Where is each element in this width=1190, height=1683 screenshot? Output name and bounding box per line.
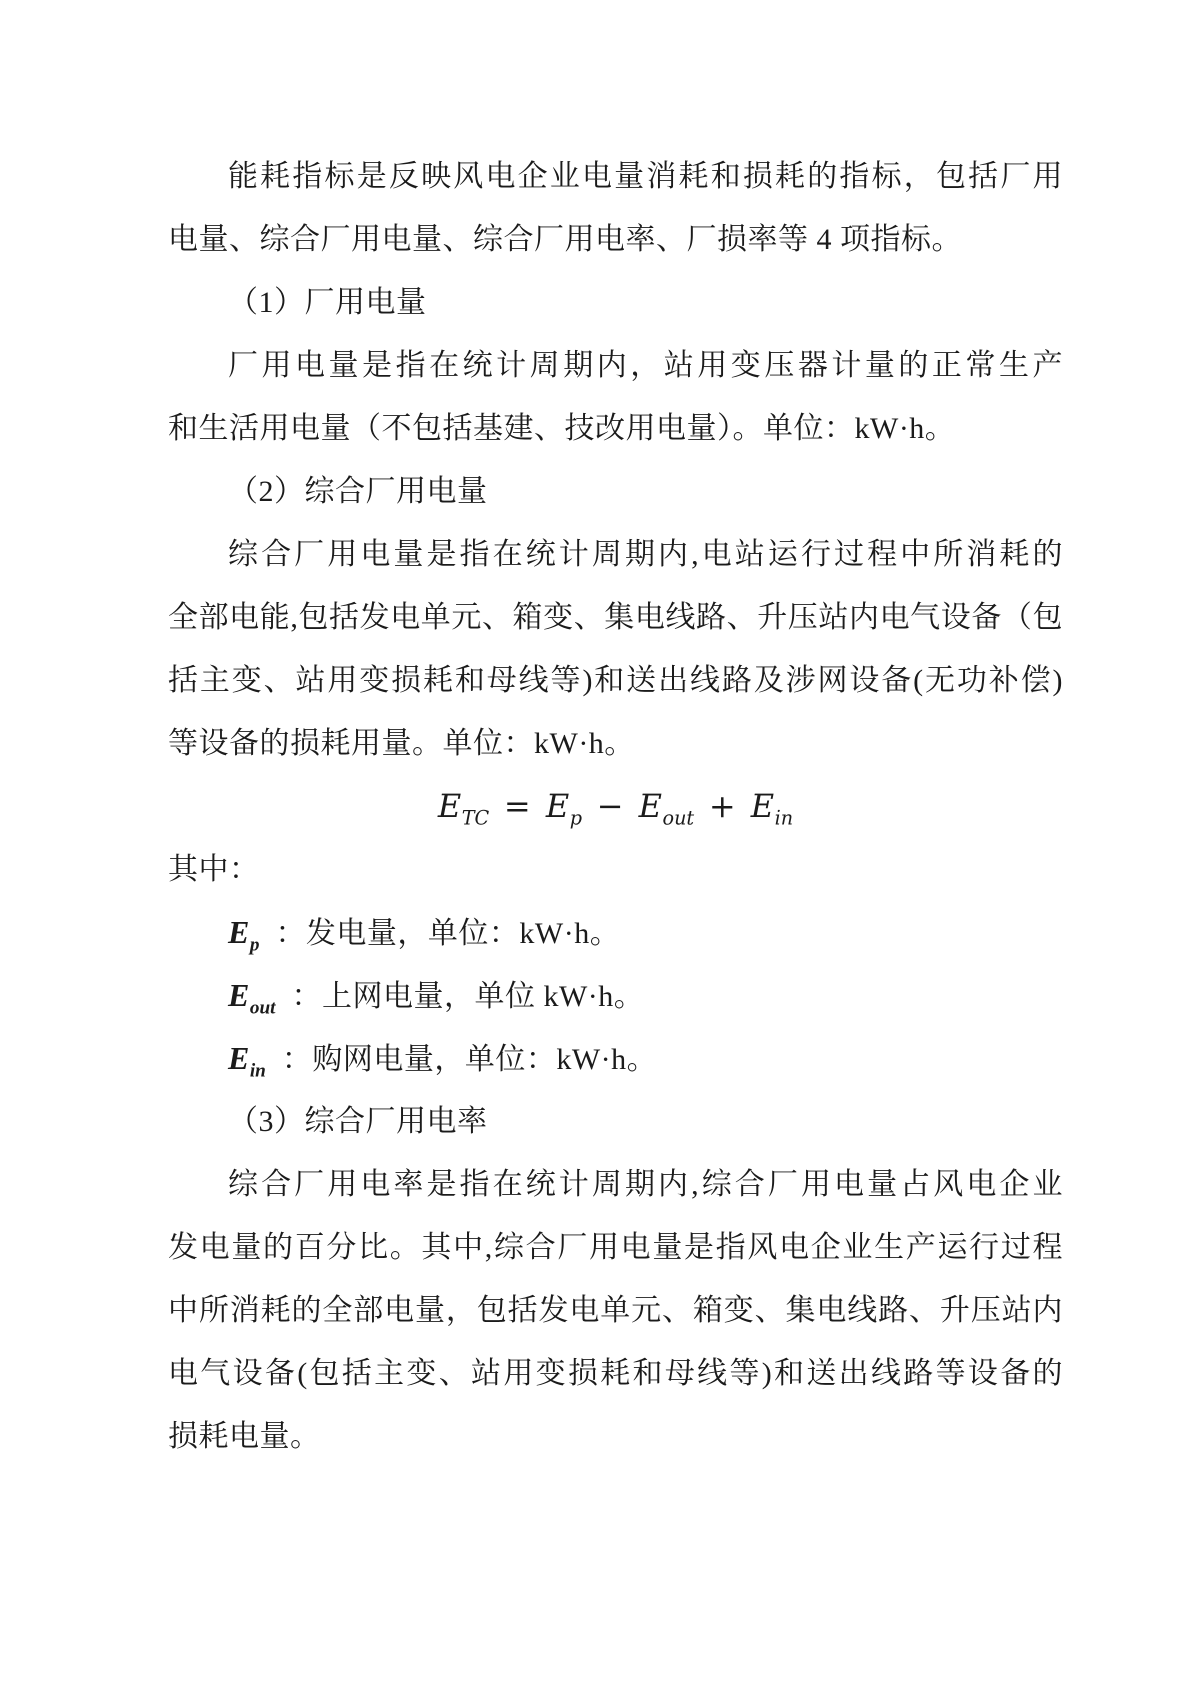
para2-line-3: 括主变、站用变损耗和母线等)和送出线路及涉网设备(无功补偿) bbox=[168, 649, 1063, 712]
formula-intro: 其中： bbox=[168, 838, 1063, 901]
document-content: 能耗指标是反映风电企业电量消耗和损耗的指标，包括厂用电量、综合厂用电量、综合厂用… bbox=[168, 145, 1063, 1468]
symbol-in: Ein bbox=[228, 1040, 266, 1076]
math-variable-in: Ein bbox=[751, 787, 793, 825]
symbol-p: Ep bbox=[228, 914, 259, 950]
document-page: 能耗指标是反映风电企业电量消耗和损耗的指标，包括厂用电量、综合厂用电量、综合厂用… bbox=[0, 0, 1190, 1683]
intro-line-1: 能耗指标是反映风电企业电量消耗和损耗的指标，包括厂用 bbox=[168, 145, 1063, 208]
para2-line-4: 等设备的损耗用量。单位：kW·h。 bbox=[168, 712, 1063, 775]
symbol-out: Eout bbox=[228, 977, 275, 1013]
para2-line-2: 全部电能,包括发电单元、箱变、集电线路、升压站内电气设备（包 bbox=[168, 586, 1063, 649]
para3-line-5: 损耗电量。 bbox=[168, 1405, 1063, 1468]
para2-line-1: 综合厂用电量是指在统计周期内,电站运行过程中所消耗的 bbox=[168, 523, 1063, 586]
math-variable-TC: ETC bbox=[438, 787, 489, 825]
symdef-ep: Ep：发电量，单位：kW·h。 bbox=[168, 901, 1063, 964]
symbol-definition-text: ：购网电量，单位：kW·h。 bbox=[282, 1043, 657, 1076]
symdef-ein: Ein：购网电量，单位：kW·h。 bbox=[168, 1027, 1063, 1090]
math-operator: − bbox=[582, 787, 639, 825]
heading-comprehensive-rate: （3）综合厂用电率 bbox=[168, 1090, 1063, 1153]
para3-line-2: 发电量的百分比。其中,综合厂用电量是指风电企业生产运行过程 bbox=[168, 1216, 1063, 1279]
para3-line-3: 中所消耗的全部电量，包括发电单元、箱变、集电线路、升压站内 bbox=[168, 1279, 1063, 1342]
symbol-definition-text: ：发电量，单位：kW·h。 bbox=[275, 917, 620, 950]
para3-line-1: 综合厂用电率是指在统计周期内,综合厂用电量占风电企业 bbox=[168, 1153, 1063, 1216]
heading-comprehensive-power: （2）综合厂用电量 bbox=[168, 460, 1063, 523]
para3-line-4: 电气设备(包括主变、站用变损耗和母线等)和送出线路等设备的 bbox=[168, 1342, 1063, 1405]
math-operator: = bbox=[489, 787, 546, 825]
para1-line-1: 厂用电量是指在统计周期内，站用变压器计量的正常生产 bbox=[168, 334, 1063, 397]
formula-etc: ETC = Ep − Eout + Ein bbox=[168, 775, 1063, 838]
intro-line-2: 电量、综合厂用电量、综合厂用电率、厂损率等 4 项指标。 bbox=[168, 208, 1063, 271]
para1-line-2: 和生活用电量（不包括基建、技改用电量）。单位：kW·h。 bbox=[168, 397, 1063, 460]
symbol-definition-text: ：上网电量，单位 kW·h。 bbox=[291, 980, 644, 1013]
heading-plant-power: （1）厂用电量 bbox=[168, 271, 1063, 334]
math-variable-p: Ep bbox=[546, 787, 582, 825]
symdef-eout: Eout：上网电量，单位 kW·h。 bbox=[168, 964, 1063, 1027]
math-operator: + bbox=[694, 787, 751, 825]
math-variable-out: Eout bbox=[639, 787, 694, 825]
